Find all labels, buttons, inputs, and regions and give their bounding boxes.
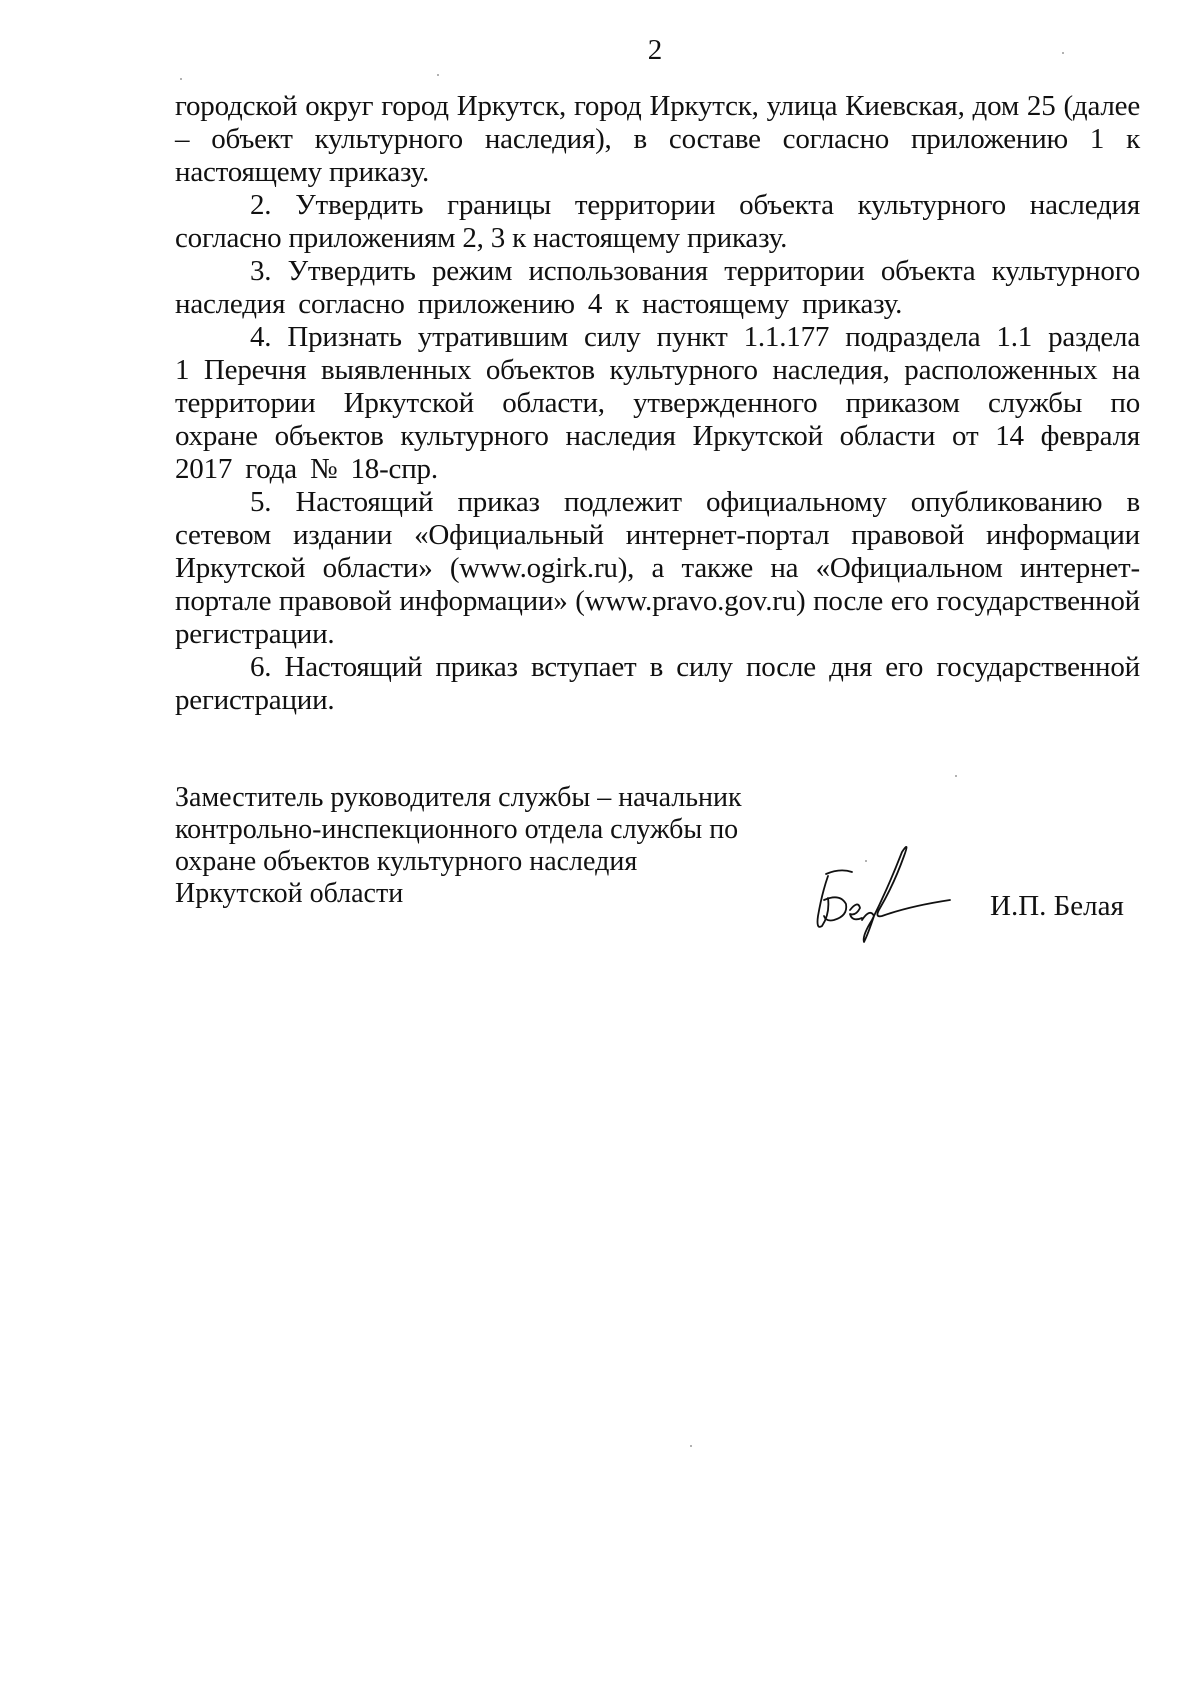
scan-speck — [1062, 52, 1064, 54]
paragraph-item-3: 3. Утвердить режим использования террито… — [175, 255, 1140, 321]
position-line-1: Заместитель руководителя службы – началь… — [175, 782, 795, 814]
paragraph-continuation: городской округ город Иркутск, город Ирк… — [175, 90, 1140, 189]
scan-speck — [955, 775, 957, 777]
signer-name: И.П. Белая — [990, 890, 1124, 923]
position-line-4: Иркутской области — [175, 878, 795, 910]
position-line-2: контрольно-инспекционного отдела службы … — [175, 814, 795, 846]
scan-speck — [437, 74, 439, 76]
paragraph-item-6: 6. Настоящий приказ вступает в силу посл… — [175, 651, 1140, 717]
handwritten-signature-icon — [800, 838, 960, 948]
scan-speck — [865, 860, 867, 862]
position-line-3: охране объектов культурного наследия — [175, 846, 795, 878]
paragraph-item-4: 4. Признать утратившим силу пункт 1.1.17… — [175, 321, 1140, 486]
scan-speck — [690, 1445, 692, 1447]
scan-speck — [180, 78, 182, 80]
document-body: городской округ город Иркутск, город Ирк… — [175, 90, 1140, 717]
paragraph-item-2: 2. Утвердить границы территории объекта … — [175, 189, 1140, 255]
page-number: 2 — [0, 34, 1200, 67]
signatory-position: Заместитель руководителя службы – началь… — [175, 782, 795, 910]
paragraph-item-5: 5. Настоящий приказ подлежит официальном… — [175, 486, 1140, 651]
